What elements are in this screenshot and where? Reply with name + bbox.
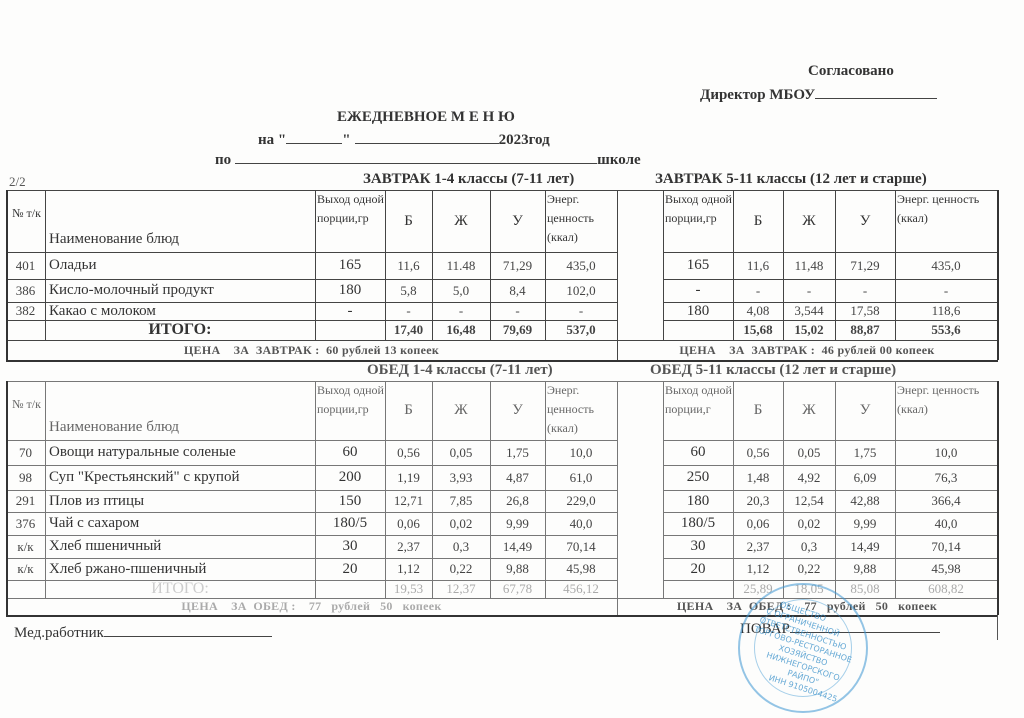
header-c-old: У xyxy=(835,381,895,440)
value-young: - xyxy=(315,302,385,320)
grid-line xyxy=(663,580,998,581)
value-young: - xyxy=(545,302,617,320)
day-blank xyxy=(286,131,342,144)
value-old: 10,0 xyxy=(895,440,997,465)
value-young: 0,56 xyxy=(385,440,432,465)
grid-line xyxy=(6,279,618,280)
value-old: 0,3 xyxy=(783,535,835,558)
value-old: 40,0 xyxy=(895,512,997,535)
value-young: 45,98 xyxy=(545,558,617,580)
header-portion-old: Выход одной порции,гр xyxy=(663,190,733,252)
grid-line xyxy=(733,190,734,340)
value-old: 180 xyxy=(663,302,733,320)
dish-code: 382 xyxy=(6,302,45,320)
school-prefix: по xyxy=(215,152,231,168)
total-young: 17,40 xyxy=(385,320,432,340)
value-old: 6,09 xyxy=(835,465,895,490)
value-old: 4,08 xyxy=(733,302,783,320)
value-young: 165 xyxy=(315,252,385,279)
value-old: 42,88 xyxy=(835,490,895,512)
value-old: 9,88 xyxy=(835,558,895,580)
value-young: 200 xyxy=(315,465,385,490)
total-young: 456,12 xyxy=(545,580,617,598)
grid-line xyxy=(895,381,896,598)
grid-line xyxy=(45,190,46,340)
grid-line xyxy=(6,535,618,536)
value-old: 45,98 xyxy=(895,558,997,580)
dish-code: 70 xyxy=(6,440,45,465)
value-old: 1,12 xyxy=(733,558,783,580)
value-old: 435,0 xyxy=(895,252,997,279)
value-young: 30 xyxy=(315,535,385,558)
value-old: 165 xyxy=(663,252,733,279)
value-young: 0,22 xyxy=(432,558,490,580)
header-e-old: Энерг. ценность (ккал) xyxy=(895,190,997,252)
value-old: - xyxy=(895,279,997,302)
value-old: 0,56 xyxy=(733,440,783,465)
dish-code: 401 xyxy=(6,252,45,279)
grid-line xyxy=(6,320,618,321)
value-old: 0,22 xyxy=(783,558,835,580)
grid-line xyxy=(663,302,998,303)
value-old: 11,48 xyxy=(783,252,835,279)
header-f-old: Ж xyxy=(783,381,835,440)
value-young: 10,0 xyxy=(545,440,617,465)
grid-line xyxy=(545,190,546,340)
grid-line xyxy=(663,252,998,253)
value-old: 3,544 xyxy=(783,302,835,320)
grid-line xyxy=(315,381,316,598)
grid-line xyxy=(835,190,836,340)
grid-line xyxy=(490,381,491,598)
value-old: 180/5 xyxy=(663,512,733,535)
grid-line xyxy=(617,381,618,615)
grid-line xyxy=(385,381,386,598)
date-line: на ""2023год xyxy=(258,131,550,149)
grid-line xyxy=(663,190,664,340)
value-young: 5,8 xyxy=(385,279,432,302)
value-old: 1,75 xyxy=(835,440,895,465)
header-e: Энерг. ценность (ккал) xyxy=(545,190,617,252)
value-old: 17,58 xyxy=(835,302,895,320)
total-old xyxy=(663,320,733,340)
date-quote: " xyxy=(342,132,350,148)
grid-line xyxy=(997,190,999,360)
value-young: 229,0 xyxy=(545,490,617,512)
value-young: 0,05 xyxy=(432,440,490,465)
total-young: 537,0 xyxy=(545,320,617,340)
total-old xyxy=(663,580,733,598)
dish-code: к/к xyxy=(6,558,45,580)
grid-line xyxy=(997,381,999,615)
grid-line xyxy=(385,190,386,340)
header-f: Ж xyxy=(432,190,490,252)
director-signature-line xyxy=(815,86,937,99)
grid-line xyxy=(6,340,998,341)
value-young: 26,8 xyxy=(490,490,545,512)
grid-line xyxy=(6,252,618,253)
price-young: ЦЕНА ЗА ОБЕД : 77 рублей 50 копеек xyxy=(6,598,617,615)
header-portion: Выход одной порции,гр xyxy=(315,190,385,252)
value-young: 71,29 xyxy=(490,252,545,279)
grid-line xyxy=(6,190,8,360)
value-old: 2,37 xyxy=(733,535,783,558)
value-old: 1,48 xyxy=(733,465,783,490)
grid-line xyxy=(315,190,316,340)
header-b-old: Б xyxy=(733,381,783,440)
total-old: 85,08 xyxy=(835,580,895,598)
grid-line xyxy=(663,512,998,513)
value-old: 180 xyxy=(663,490,733,512)
grid-line xyxy=(895,190,896,340)
value-old: 0,06 xyxy=(733,512,783,535)
value-young: - xyxy=(490,302,545,320)
school-blank xyxy=(235,151,597,164)
header-code: № т/к xyxy=(6,190,45,252)
value-young: - xyxy=(385,302,432,320)
value-young: 150 xyxy=(315,490,385,512)
header-c-old: У xyxy=(835,190,895,252)
grid-line xyxy=(490,190,491,340)
total-label: ИТОГО: xyxy=(45,580,315,598)
school-line: пошколе xyxy=(215,151,641,169)
grid-line xyxy=(6,558,618,559)
value-young: 435,0 xyxy=(545,252,617,279)
total-young xyxy=(315,580,385,598)
dish-name: Овощи натуральные соленые xyxy=(45,440,315,465)
value-old: 0,05 xyxy=(783,440,835,465)
value-young: 8,4 xyxy=(490,279,545,302)
grid-line xyxy=(6,490,618,491)
date-prefix: на " xyxy=(258,132,286,148)
month-blank xyxy=(355,131,499,144)
medic-signature: Мед.работник xyxy=(14,624,272,642)
grid-line xyxy=(6,381,8,615)
header-f-old: Ж xyxy=(783,190,835,252)
header-c: У xyxy=(490,190,545,252)
value-young: 9,88 xyxy=(490,558,545,580)
value-old: 30 xyxy=(663,535,733,558)
total-young xyxy=(315,320,385,340)
value-old: 250 xyxy=(663,465,733,490)
grid-line xyxy=(6,580,618,581)
dish-code: 376 xyxy=(6,512,45,535)
grid-line xyxy=(6,440,618,441)
grid-line xyxy=(663,381,664,598)
lunch-young-title: ОБЕД 1-4 классы (7-11 лет) xyxy=(367,362,553,379)
grid-line xyxy=(663,490,998,491)
grid-line xyxy=(545,381,546,598)
dish-code: 98 xyxy=(6,465,45,490)
value-old: 76,3 xyxy=(895,465,997,490)
price-young: ЦЕНА ЗА ЗАВТРАК : 60 рублей 13 копеек xyxy=(6,340,617,360)
grid-line xyxy=(6,381,618,382)
value-old: 12,54 xyxy=(783,490,835,512)
page-number: 2/2 xyxy=(9,174,26,190)
dish-name: Хлеб пшеничный xyxy=(45,535,315,558)
value-young: 5,0 xyxy=(432,279,490,302)
value-young: 9,99 xyxy=(490,512,545,535)
total-young: 79,69 xyxy=(490,320,545,340)
grid-line xyxy=(783,190,784,340)
total-old: 88,87 xyxy=(835,320,895,340)
value-young: 60 xyxy=(315,440,385,465)
grid-line xyxy=(835,381,836,598)
value-old: 366,4 xyxy=(895,490,997,512)
grid-line xyxy=(6,465,618,466)
header-b-old: Б xyxy=(733,190,783,252)
grid-line xyxy=(733,381,734,598)
director-label: Директор МБОУ xyxy=(700,86,937,104)
value-young: 0,3 xyxy=(432,535,490,558)
value-young: 3,93 xyxy=(432,465,490,490)
value-young: 20 xyxy=(315,558,385,580)
grid-line xyxy=(6,512,618,513)
price-old: ЦЕНА ЗА ЗАВТРАК : 46 рублей 00 копеек xyxy=(617,340,997,360)
value-young: 180/5 xyxy=(315,512,385,535)
breakfast-young-title: ЗАВТРАК 1-4 классы (7-11 лет) xyxy=(363,171,574,188)
value-young: 7,85 xyxy=(432,490,490,512)
medic-signature-line xyxy=(104,624,272,637)
dish-name: Плов из птицы xyxy=(45,490,315,512)
value-young: 70,14 xyxy=(545,535,617,558)
value-old: - xyxy=(835,279,895,302)
value-old: 20,3 xyxy=(733,490,783,512)
value-old: - xyxy=(783,279,835,302)
dish-name: Оладьи xyxy=(45,252,315,279)
grid-line xyxy=(6,360,998,362)
dish-code: 386 xyxy=(6,279,45,302)
dish-name: Чай с сахаром xyxy=(45,512,315,535)
value-young: 0,06 xyxy=(385,512,432,535)
school-suffix: школе xyxy=(597,152,640,168)
approved-label: Согласовано xyxy=(808,63,894,80)
grid-line xyxy=(6,598,998,599)
year-text: 2023год xyxy=(499,132,550,148)
value-old: 20 xyxy=(663,558,733,580)
header-name: Наименование блюд xyxy=(45,381,315,440)
value-old: 70,14 xyxy=(895,535,997,558)
right-border-tail xyxy=(997,615,998,640)
value-young: 2,37 xyxy=(385,535,432,558)
value-old: 118,6 xyxy=(895,302,997,320)
header-portion: Выход одной порции,гр xyxy=(315,381,385,440)
grid-line xyxy=(617,190,618,360)
dish-name: Хлеб ржано-пшеничный xyxy=(45,558,315,580)
grid-line xyxy=(783,381,784,598)
header-f: Ж xyxy=(432,381,490,440)
grid-line xyxy=(432,190,433,340)
grid-line xyxy=(6,302,618,303)
value-young: 1,12 xyxy=(385,558,432,580)
grid-line xyxy=(617,190,998,191)
dish-name: Какао с молоком xyxy=(45,302,315,320)
header-e-old: Энерг. ценность (ккал) xyxy=(895,381,997,440)
value-old: 0,02 xyxy=(783,512,835,535)
dish-name: Суп "Крестьянский" с крупой xyxy=(45,465,315,490)
header-name: Наименование блюд xyxy=(45,190,315,252)
official-stamp: ОБЩЕСТВОС ОГРАНИЧЕННОЙОТВЕТСТВЕННОСТЬЮТО… xyxy=(738,583,868,713)
value-young: 61,0 xyxy=(545,465,617,490)
value-old: 9,99 xyxy=(835,512,895,535)
grid-line xyxy=(663,558,998,559)
total-young: 67,78 xyxy=(490,580,545,598)
value-old: 11,6 xyxy=(733,252,783,279)
header-b: Б xyxy=(385,190,432,252)
medic-label: Мед.работник xyxy=(14,625,104,641)
value-young: 11,6 xyxy=(385,252,432,279)
value-old: 4,92 xyxy=(783,465,835,490)
dish-code: к/к xyxy=(6,535,45,558)
header-portion-old: Выход одной порции,г xyxy=(663,381,733,440)
grid-line xyxy=(45,381,46,598)
value-young: 102,0 xyxy=(545,279,617,302)
value-old: 14,49 xyxy=(835,535,895,558)
value-young: 11.48 xyxy=(432,252,490,279)
value-young: 40,0 xyxy=(545,512,617,535)
total-old: 553,6 xyxy=(895,320,997,340)
total-old: 15,68 xyxy=(733,320,783,340)
breakfast-old-title: ЗАВТРАК 5-11 классы (12 лет и старше) xyxy=(655,171,927,188)
header-e: Энерг. ценность (ккал) xyxy=(545,381,617,440)
total-label: ИТОГО: xyxy=(45,320,315,340)
grid-line xyxy=(617,381,998,382)
value-old: - xyxy=(663,279,733,302)
value-old: 60 xyxy=(663,440,733,465)
value-young: 1,19 xyxy=(385,465,432,490)
grid-line xyxy=(432,381,433,598)
dish-code: 291 xyxy=(6,490,45,512)
director-text: Директор МБОУ xyxy=(700,87,815,103)
header-code: № т/к xyxy=(6,381,45,440)
total-young: 16,48 xyxy=(432,320,490,340)
value-young: 12,71 xyxy=(385,490,432,512)
total-young: 19,53 xyxy=(385,580,432,598)
grid-line xyxy=(663,320,998,321)
value-young: 1,75 xyxy=(490,440,545,465)
total-old: 15,02 xyxy=(783,320,835,340)
value-young: 180 xyxy=(315,279,385,302)
grid-line xyxy=(663,440,998,441)
grid-line xyxy=(663,465,998,466)
grid-line xyxy=(663,535,998,536)
grid-line xyxy=(663,279,998,280)
document-title: ЕЖЕДНЕВНОЕ М Е Н Ю xyxy=(337,109,515,126)
lunch-old-title: ОБЕД 5-11 классы (12 лет и старше) xyxy=(650,362,896,379)
value-young: 4,87 xyxy=(490,465,545,490)
grid-line xyxy=(6,190,618,191)
value-young: 14,49 xyxy=(490,535,545,558)
total-old: 608,82 xyxy=(895,580,997,598)
value-old: - xyxy=(733,279,783,302)
dish-name: Кисло-молочный продукт xyxy=(45,279,315,302)
value-young: 0,02 xyxy=(432,512,490,535)
header-c: У xyxy=(490,381,545,440)
header-b: Б xyxy=(385,381,432,440)
value-old: 71,29 xyxy=(835,252,895,279)
value-young: - xyxy=(432,302,490,320)
total-young: 12,37 xyxy=(432,580,490,598)
